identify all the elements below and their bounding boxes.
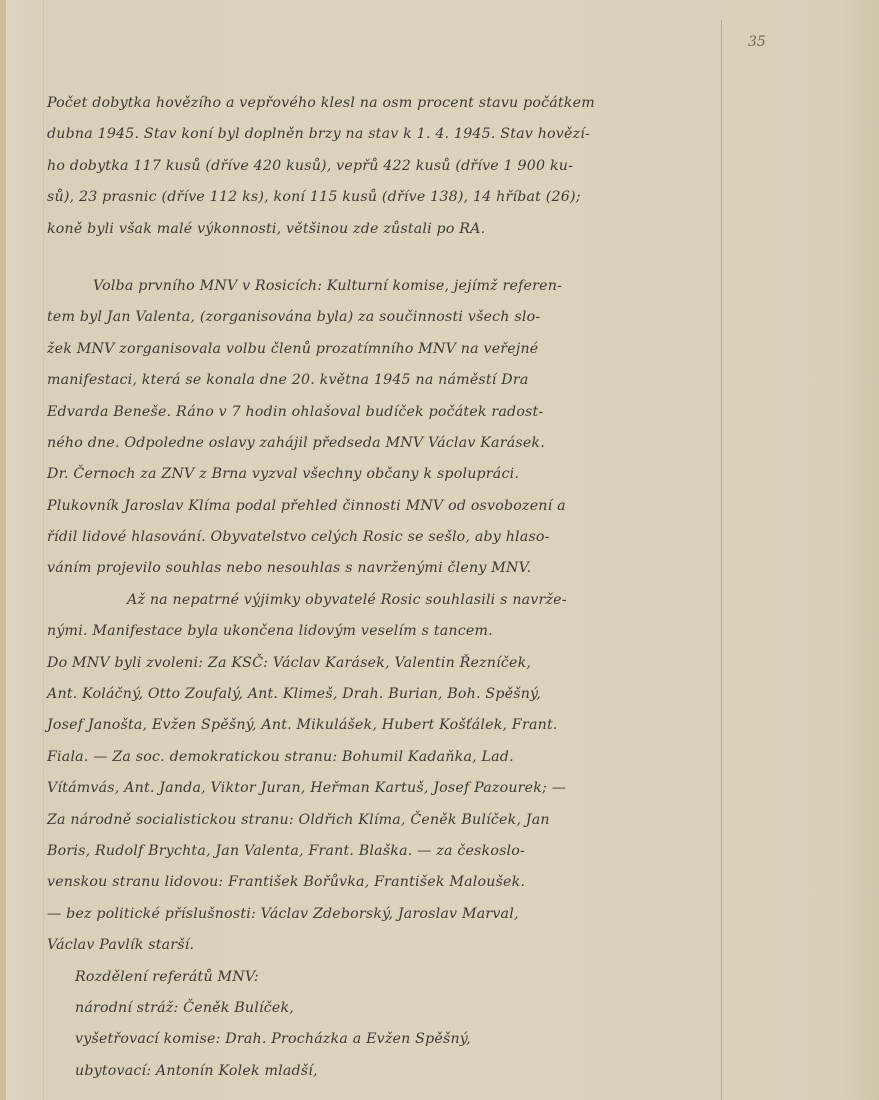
manuscript-page: 35 Počet dobytka hovězího a vepřového kl… xyxy=(0,0,879,1100)
text-line: manifestaci, která se konala dne 20. kvě… xyxy=(47,365,732,396)
text-line: Vítámvás, Ant. Janda, Viktor Juran, Heřm… xyxy=(47,773,732,804)
text-line: venskou stranu lidovou: František Bořůvk… xyxy=(47,867,732,898)
assignment-item: vyšetřovací komise: Drah. Procházka a Ev… xyxy=(47,1024,732,1055)
assignments-heading: Rozdělení referátů MNV: xyxy=(47,962,732,993)
text-line: žek MNV zorganisovala volbu členů prozat… xyxy=(47,334,732,365)
text-line: váním projevilo souhlas nebo nesouhlas s… xyxy=(47,553,732,584)
text-line: Václav Pavlík starší. xyxy=(47,930,732,961)
paragraph-livestock: Počet dobytka hovězího a vepřového klesl… xyxy=(47,88,732,245)
text-line: tem byl Jan Valenta, (zorganisována byla… xyxy=(47,302,732,333)
text-line: Dr. Černoch za ZNV z Brna vyzval všechny… xyxy=(47,459,732,490)
text-line: sů), 23 prasnic (dříve 112 ks), koní 115… xyxy=(47,182,732,213)
text-line: Edvarda Beneše. Ráno v 7 hodin ohlašoval… xyxy=(47,397,732,428)
text-line: Do MNV byli zvoleni: Za KSČ: Václav Kará… xyxy=(47,648,732,679)
text-line: ho dobytka 117 kusů (dříve 420 kusů), ve… xyxy=(47,151,732,182)
page-number: 35 xyxy=(748,34,766,50)
assignments-list: Rozdělení referátů MNV: národní stráž: Č… xyxy=(47,962,732,1088)
text-line: Volba prvního MNV v Rosicích: Kulturní k… xyxy=(47,271,732,302)
text-line: koně byli však malé výkonnosti, většinou… xyxy=(47,214,732,245)
assignment-item: ubytovací: Antonín Kolek mladší, xyxy=(47,1056,732,1087)
text-line: řídil lidové hlasování. Obyvatelstvo cel… xyxy=(47,522,732,553)
paragraph-election: Volba prvního MNV v Rosicích: Kulturní k… xyxy=(47,271,732,585)
text-line: Fiala. — Za soc. demokratickou stranu: B… xyxy=(47,742,732,773)
text-line: Plukovník Jaroslav Klíma podal přehled č… xyxy=(47,491,732,522)
text-line: — bez politické příslušnosti: Václav Zde… xyxy=(47,899,732,930)
text-line: Za národně socialistickou stranu: Oldřic… xyxy=(47,805,732,836)
text-line: ného dne. Odpoledne oslavy zahájil předs… xyxy=(47,428,732,459)
text-line: Až na nepatrné výjimky obyvatelé Rosic s… xyxy=(47,585,732,616)
text-line: Boris, Rudolf Brychta, Jan Valenta, Fran… xyxy=(47,836,732,867)
text-line: Ant. Koláčný, Otto Zoufalý, Ant. Klimeš,… xyxy=(47,679,732,710)
text-line: Josef Janošta, Evžen Spěšný, Ant. Mikulá… xyxy=(47,710,732,741)
text-line: nými. Manifestace byla ukončena lidovým … xyxy=(47,616,732,647)
assignment-item: národní stráž: Čeněk Bulíček, xyxy=(47,993,732,1024)
paragraph-members: Až na nepatrné výjimky obyvatelé Rosic s… xyxy=(47,585,732,962)
page-edge xyxy=(0,0,6,1100)
text-line: Počet dobytka hovězího a vepřového klesl… xyxy=(47,88,732,119)
handwritten-text: Počet dobytka hovězího a vepřového klesl… xyxy=(47,88,732,1087)
left-margin-line xyxy=(43,0,44,1100)
text-line: dubna 1945. Stav koní byl doplněn brzy n… xyxy=(47,119,732,150)
